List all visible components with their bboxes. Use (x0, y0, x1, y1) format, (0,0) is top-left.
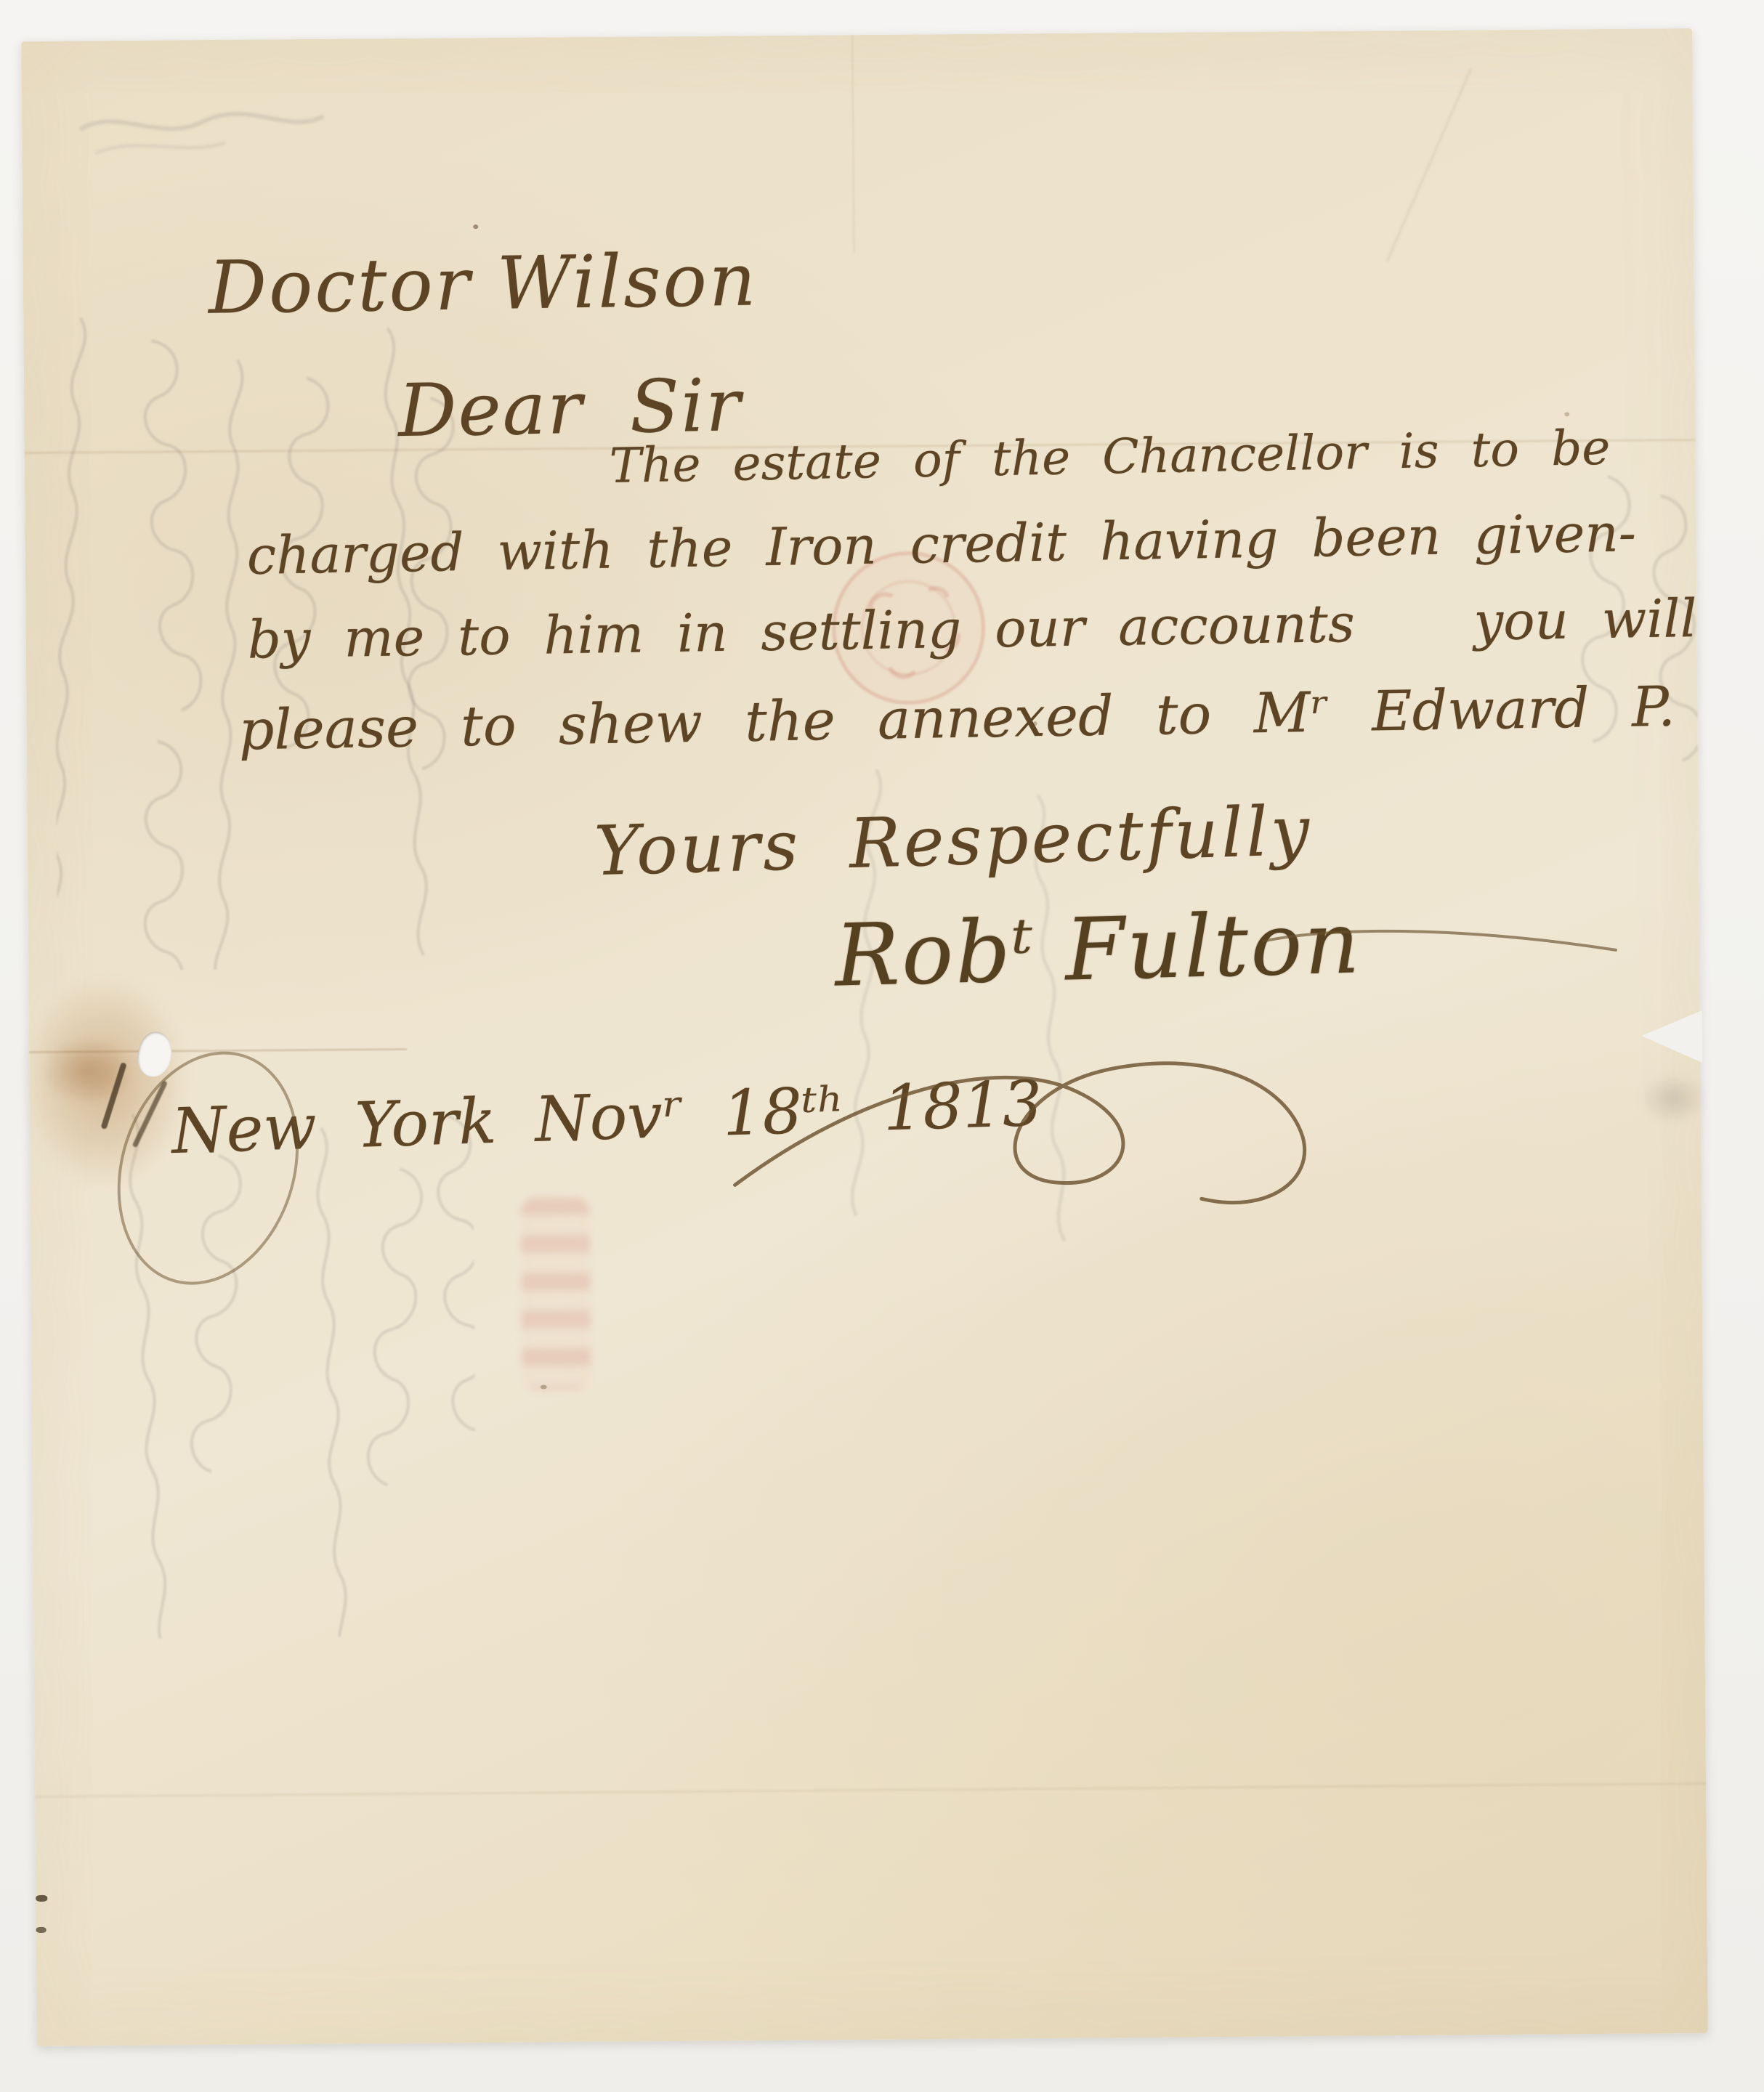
body-line-1: The estate of the Chancellor is to be (609, 420, 1611, 494)
tear-smudge (1638, 1073, 1708, 1124)
paper-speck (541, 1384, 547, 1389)
fold-crease-lower (35, 1783, 1706, 1798)
paper-speck (473, 224, 478, 229)
paper: Doctor Wilson Dear Sir The estate of the… (21, 28, 1708, 2046)
dateline-flourish (98, 1033, 318, 1303)
edge-speck-1 (36, 1895, 47, 1902)
photograph-of-letter: Doctor Wilson Dear Sir The estate of the… (0, 0, 1764, 2092)
edge-speck-2 (36, 1927, 46, 1933)
pencil-smudge (73, 83, 335, 172)
wrinkle-top-right (1386, 68, 1473, 261)
paper-speck (1564, 412, 1569, 416)
crease-vertical-top (851, 35, 854, 253)
edge-tear (1633, 1010, 1703, 1063)
addressee-line: Doctor Wilson (208, 237, 758, 330)
signature-flourish (645, 864, 1636, 1257)
red-stamp-bleedthrough (521, 1197, 591, 1390)
body-line-3: by me to him in settling our accounts yo… (247, 588, 1697, 670)
